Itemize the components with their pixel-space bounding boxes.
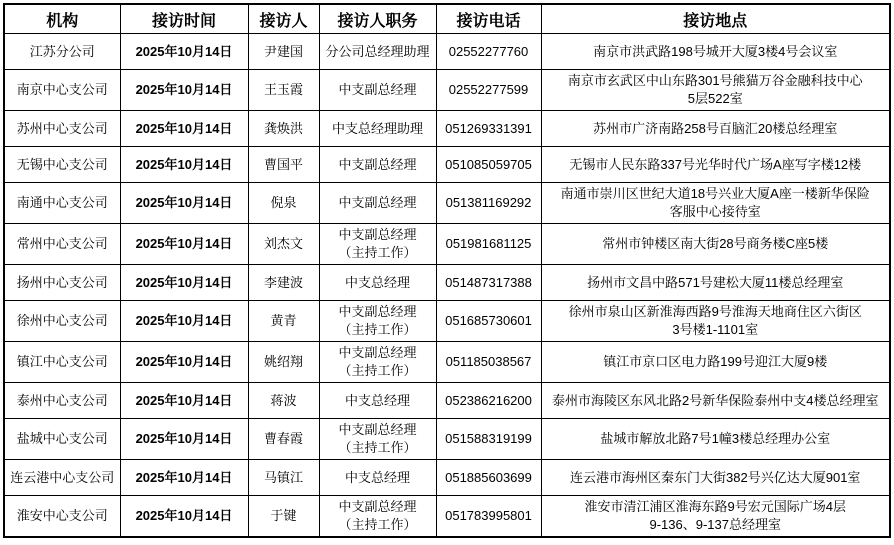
cell-phone: 051981681125 bbox=[436, 224, 541, 265]
cell-location: 南通市崇川区世纪大道18号兴业大厦A座一楼新华保险 客服中心接待室 bbox=[541, 183, 890, 224]
cell-title: 中支副总经理 （主持工作） bbox=[319, 301, 436, 342]
col-header-phone: 接访电话 bbox=[436, 4, 541, 34]
cell-person: 龚焕洪 bbox=[248, 111, 319, 147]
cell-time: 2025年10月14日 bbox=[120, 70, 248, 111]
cell-title: 中支总经理 bbox=[319, 383, 436, 419]
cell-org: 江苏分公司 bbox=[4, 34, 120, 70]
cell-org: 无锡中心支公司 bbox=[4, 147, 120, 183]
cell-title: 中支副总经理 （主持工作） bbox=[319, 342, 436, 383]
cell-person: 刘杰文 bbox=[248, 224, 319, 265]
table-header: 机构 接访时间 接访人 接访人职务 接访电话 接访地点 bbox=[4, 4, 890, 34]
cell-time: 2025年10月14日 bbox=[120, 496, 248, 537]
cell-phone: 051381169292 bbox=[436, 183, 541, 224]
cell-person: 曹春霞 bbox=[248, 419, 319, 460]
table-row: 南京中心支公司 2025年10月14日 王玉霞 中支副总经理 025522775… bbox=[4, 70, 890, 111]
cell-person: 倪泉 bbox=[248, 183, 319, 224]
cell-location: 淮安市清江浦区淮海东路9号宏元国际广场4层 9-136、9-137总经理室 bbox=[541, 496, 890, 537]
table-row: 无锡中心支公司 2025年10月14日 曹国平 中支副总经理 051085059… bbox=[4, 147, 890, 183]
cell-phone: 051685730601 bbox=[436, 301, 541, 342]
cell-person: 尹建国 bbox=[248, 34, 319, 70]
cell-location: 南京市洪武路198号城开大厦3楼4号会议室 bbox=[541, 34, 890, 70]
cell-time: 2025年10月14日 bbox=[120, 342, 248, 383]
col-header-title: 接访人职务 bbox=[319, 4, 436, 34]
cell-phone: 051185038567 bbox=[436, 342, 541, 383]
cell-person: 蒋波 bbox=[248, 383, 319, 419]
cell-org: 淮安中心支公司 bbox=[4, 496, 120, 537]
cell-title: 中支总经理 bbox=[319, 265, 436, 301]
cell-phone: 051487317388 bbox=[436, 265, 541, 301]
col-header-person: 接访人 bbox=[248, 4, 319, 34]
cell-time: 2025年10月14日 bbox=[120, 34, 248, 70]
table-row: 徐州中心支公司 2025年10月14日 黄青 中支副总经理 （主持工作） 051… bbox=[4, 301, 890, 342]
col-header-time: 接访时间 bbox=[120, 4, 248, 34]
cell-time: 2025年10月14日 bbox=[120, 460, 248, 496]
cell-org: 徐州中心支公司 bbox=[4, 301, 120, 342]
table-row: 江苏分公司 2025年10月14日 尹建国 分公司总经理助理 025522777… bbox=[4, 34, 890, 70]
table-row: 镇江中心支公司 2025年10月14日 姚绍翔 中支副总经理 （主持工作） 05… bbox=[4, 342, 890, 383]
cell-title: 中支总经理 bbox=[319, 460, 436, 496]
cell-time: 2025年10月14日 bbox=[120, 265, 248, 301]
cell-org: 泰州中心支公司 bbox=[4, 383, 120, 419]
table-row: 盐城中心支公司 2025年10月14日 曹春霞 中支副总经理 （主持工作） 05… bbox=[4, 419, 890, 460]
cell-person: 黄青 bbox=[248, 301, 319, 342]
cell-title: 中支总经理助理 bbox=[319, 111, 436, 147]
cell-phone: 051783995801 bbox=[436, 496, 541, 537]
cell-person: 王玉霞 bbox=[248, 70, 319, 111]
cell-phone: 02552277760 bbox=[436, 34, 541, 70]
cell-title: 中支副总经理 （主持工作） bbox=[319, 224, 436, 265]
cell-time: 2025年10月14日 bbox=[120, 224, 248, 265]
table-row: 扬州中心支公司 2025年10月14日 李建波 中支总经理 0514873173… bbox=[4, 265, 890, 301]
cell-location: 南京市玄武区中山东路301号熊猫万谷金融科技中心 5层522室 bbox=[541, 70, 890, 111]
cell-title: 中支副总经理 bbox=[319, 147, 436, 183]
table-row: 苏州中心支公司 2025年10月14日 龚焕洪 中支总经理助理 05126933… bbox=[4, 111, 890, 147]
cell-org: 盐城中心支公司 bbox=[4, 419, 120, 460]
visit-schedule-table: 机构 接访时间 接访人 接访人职务 接访电话 接访地点 江苏分公司 2025年1… bbox=[3, 3, 891, 538]
cell-location: 苏州市广济南路258号百脑汇20楼总经理室 bbox=[541, 111, 890, 147]
table-row: 泰州中心支公司 2025年10月14日 蒋波 中支总经理 05238621620… bbox=[4, 383, 890, 419]
cell-time: 2025年10月14日 bbox=[120, 183, 248, 224]
cell-time: 2025年10月14日 bbox=[120, 383, 248, 419]
cell-org: 常州中心支公司 bbox=[4, 224, 120, 265]
cell-time: 2025年10月14日 bbox=[120, 419, 248, 460]
header-row: 机构 接访时间 接访人 接访人职务 接访电话 接访地点 bbox=[4, 4, 890, 34]
cell-location: 镇江市京口区电力路199号迎江大厦9楼 bbox=[541, 342, 890, 383]
cell-location: 徐州市泉山区新淮海西路9号淮海天地商住区六街区 3号楼1-1101室 bbox=[541, 301, 890, 342]
cell-org: 苏州中心支公司 bbox=[4, 111, 120, 147]
cell-location: 连云港市海州区秦东门大街382号兴亿达大厦901室 bbox=[541, 460, 890, 496]
page: 机构 接访时间 接访人 接访人职务 接访电话 接访地点 江苏分公司 2025年1… bbox=[0, 0, 894, 538]
cell-org: 南通中心支公司 bbox=[4, 183, 120, 224]
cell-location: 常州市钟楼区南大街28号商务楼C座5楼 bbox=[541, 224, 890, 265]
cell-location: 泰州市海陵区东风北路2号新华保险泰州中支4楼总经理室 bbox=[541, 383, 890, 419]
cell-location: 扬州市文昌中路571号建松大厦11楼总经理室 bbox=[541, 265, 890, 301]
cell-org: 南京中心支公司 bbox=[4, 70, 120, 111]
table-row: 南通中心支公司 2025年10月14日 倪泉 中支副总经理 0513811692… bbox=[4, 183, 890, 224]
cell-org: 扬州中心支公司 bbox=[4, 265, 120, 301]
table-row: 连云港中心支公司 2025年10月14日 马镇江 中支总经理 051885603… bbox=[4, 460, 890, 496]
cell-person: 李建波 bbox=[248, 265, 319, 301]
cell-title: 中支副总经理 （主持工作） bbox=[319, 496, 436, 537]
table-row: 常州中心支公司 2025年10月14日 刘杰文 中支副总经理 （主持工作） 05… bbox=[4, 224, 890, 265]
cell-title: 中支副总经理 bbox=[319, 70, 436, 111]
col-header-org: 机构 bbox=[4, 4, 120, 34]
cell-person: 马镇江 bbox=[248, 460, 319, 496]
table-row: 淮安中心支公司 2025年10月14日 于键 中支副总经理 （主持工作） 051… bbox=[4, 496, 890, 537]
cell-phone: 051885603699 bbox=[436, 460, 541, 496]
cell-person: 曹国平 bbox=[248, 147, 319, 183]
cell-time: 2025年10月14日 bbox=[120, 111, 248, 147]
cell-phone: 051269331391 bbox=[436, 111, 541, 147]
cell-location: 盐城市解放北路7号1幢3楼总经理办公室 bbox=[541, 419, 890, 460]
cell-phone: 052386216200 bbox=[436, 383, 541, 419]
cell-title: 中支副总经理 （主持工作） bbox=[319, 419, 436, 460]
cell-location: 无锡市人民东路337号光华时代广场A座写字楼12楼 bbox=[541, 147, 890, 183]
cell-time: 2025年10月14日 bbox=[120, 301, 248, 342]
cell-person: 姚绍翔 bbox=[248, 342, 319, 383]
cell-phone: 02552277599 bbox=[436, 70, 541, 111]
cell-person: 于键 bbox=[248, 496, 319, 537]
cell-org: 连云港中心支公司 bbox=[4, 460, 120, 496]
cell-phone: 051085059705 bbox=[436, 147, 541, 183]
cell-title: 中支副总经理 bbox=[319, 183, 436, 224]
cell-time: 2025年10月14日 bbox=[120, 147, 248, 183]
col-header-location: 接访地点 bbox=[541, 4, 890, 34]
table-body: 江苏分公司 2025年10月14日 尹建国 分公司总经理助理 025522777… bbox=[4, 34, 890, 537]
cell-phone: 051588319199 bbox=[436, 419, 541, 460]
cell-title: 分公司总经理助理 bbox=[319, 34, 436, 70]
cell-org: 镇江中心支公司 bbox=[4, 342, 120, 383]
